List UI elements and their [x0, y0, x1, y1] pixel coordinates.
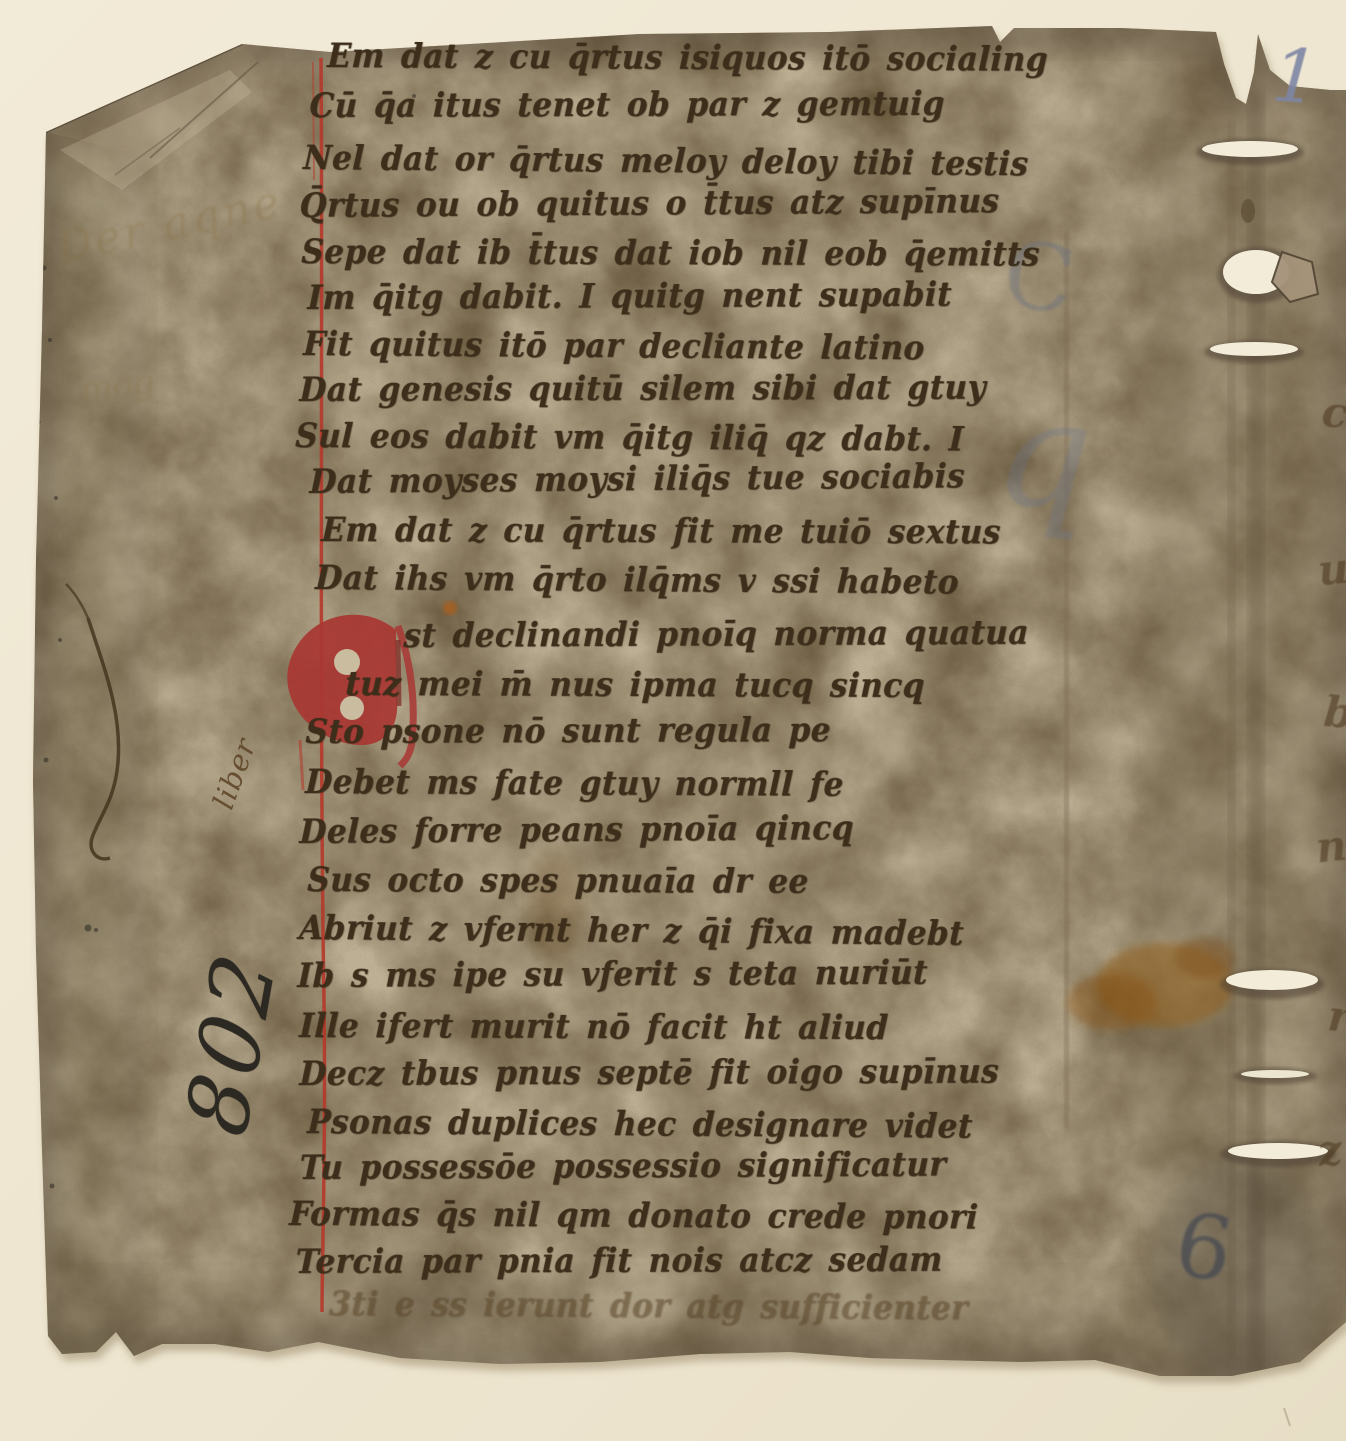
edge-letter-fragment: c	[1320, 387, 1346, 438]
edge-letter-fragment: n	[1314, 821, 1346, 873]
edge-letter-fragment: r	[1326, 991, 1346, 1042]
edge-letter-fragment: u	[1316, 544, 1346, 596]
adjacent-leaf-edge: cubnrz	[0, 0, 1346, 1441]
edge-letter-fragment: b	[1322, 687, 1346, 738]
manuscript-photo: C q 6 Der aqne mog Em dat z cu q̄rtus is…	[0, 0, 1346, 1441]
edge-letter-fragment: z	[1316, 1125, 1345, 1176]
